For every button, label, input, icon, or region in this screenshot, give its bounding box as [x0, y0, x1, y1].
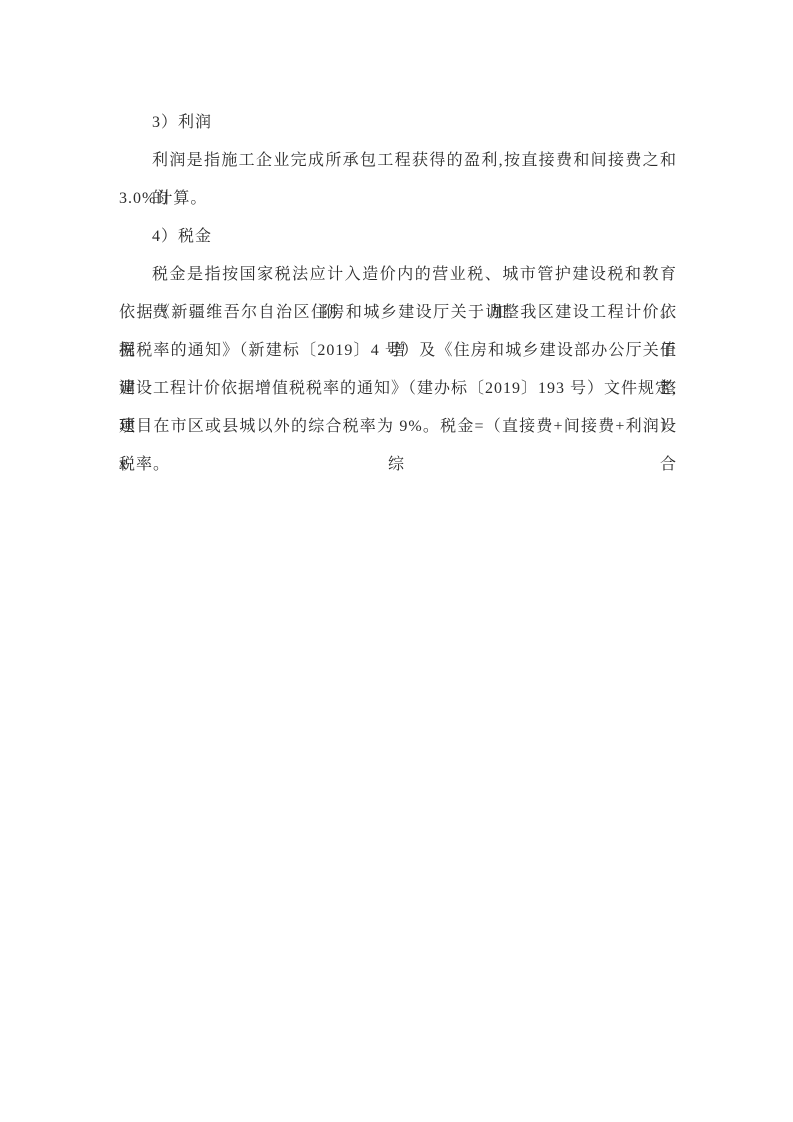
text-line: 项目在市区或县城以外的综合税率为 9%。税金=（直接费+间接费+利润）x 综合 [119, 408, 677, 446]
heading-profit: 3）利润 [119, 104, 677, 142]
text-line: 建设工程计价依据增值税税率的通知》（建办标〔2019〕193 号）文件规定,建设 [119, 370, 677, 408]
text-line: 税税率的通知》（新建标〔2019〕4 号）及《住房和城乡建设部办公厅关于调整 [119, 332, 677, 370]
document-page: 3）利润 利润是指施工企业完成所承包工程获得的盈利,按直接费和间接费之和的 3.… [0, 0, 793, 1122]
text-line: 3.0%计算。 [119, 180, 677, 218]
heading-tax: 4）税金 [119, 218, 677, 256]
text-line: 依据《新疆维吾尔自治区住房和城乡建设厅关于调整我区建设工程计价依据增值 [119, 294, 677, 332]
text-line: 利润是指施工企业完成所承包工程获得的盈利,按直接费和间接费之和的 [119, 142, 677, 180]
document-text-block: 3）利润 利润是指施工企业完成所承包工程获得的盈利,按直接费和间接费之和的 3.… [119, 104, 677, 484]
text-line: 税金是指按国家税法应计入造价内的营业税、城市管护建设税和教育费附加。 [119, 256, 677, 294]
